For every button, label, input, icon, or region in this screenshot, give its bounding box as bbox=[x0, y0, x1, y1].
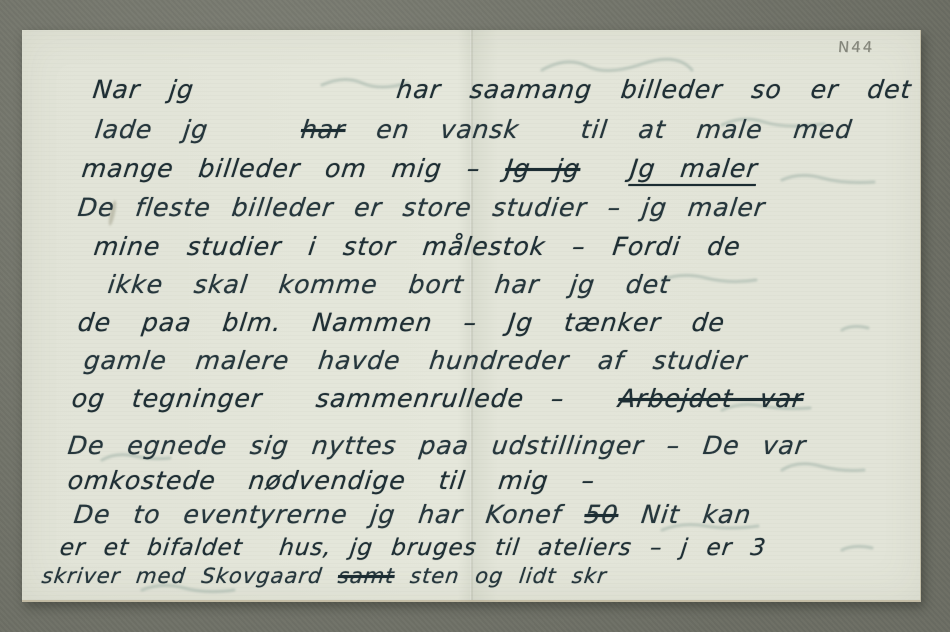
manuscript-segment bbox=[579, 154, 632, 183]
manuscript-line: De fleste billeder er store studier – jg… bbox=[76, 193, 767, 222]
manuscript-segment: en vansk til at male med bbox=[344, 115, 854, 144]
manuscript-segment: skriver med Skovgaard bbox=[41, 564, 340, 588]
manuscript-line: Nar jg har saamang billeder so er det bbox=[91, 75, 913, 104]
manuscript-line: mine studier i stor målestok – Fordi de bbox=[92, 232, 742, 261]
manuscript-segment: er et bifaldet hus, jg bruges til atelie… bbox=[58, 535, 767, 561]
manuscript-segment-strike: 50 bbox=[583, 500, 620, 529]
manuscript-segment-strike: har bbox=[299, 115, 347, 144]
manuscript-line: De to eventyrerne jg har Konef 50 Nit ka… bbox=[72, 500, 753, 529]
manuscript-segment-strike: Arbejdet var bbox=[617, 384, 806, 413]
manuscript-line: de paa blm. Nammen – Jg tænker de bbox=[76, 308, 727, 337]
manuscript-segment-strike: samt bbox=[337, 564, 396, 588]
manuscript-line: mange billeder om mig – Jg jg Jg maler bbox=[80, 154, 759, 183]
manuscript-segment: De to eventyrerne jg har Konef bbox=[72, 500, 586, 529]
manuscript-line: er et bifaldet hus, jg bruges til atelie… bbox=[58, 535, 767, 561]
manuscript-segment: Nit kan bbox=[617, 500, 754, 529]
handwriting-layer: Nar jg har saamang billeder so er detlad… bbox=[22, 30, 920, 600]
manuscript-line: De egnede sig nyttes paa udstillinger – … bbox=[66, 431, 808, 460]
manuscript-line: omkostede nødvendige til mig – bbox=[66, 466, 597, 495]
manuscript-segment: de paa blm. Nammen – Jg tænker de bbox=[76, 308, 727, 337]
manuscript-segment: Nar jg har saamang billeder so er det bbox=[91, 75, 913, 104]
manuscript-segment: og tegninger sammenrullede – bbox=[70, 384, 620, 413]
manuscript-paper: N44 Nar jg har saamang billeder so er de… bbox=[22, 30, 921, 602]
manuscript-line: gamle malere havde hundreder af studier bbox=[82, 346, 749, 375]
manuscript-segment: omkostede nødvendige til mig – bbox=[66, 466, 597, 495]
manuscript-segment-strike: Jg jg bbox=[504, 154, 583, 183]
manuscript-segment: gamle malere havde hundreder af studier bbox=[82, 346, 749, 375]
manuscript-segment: mine studier i stor målestok – Fordi de bbox=[92, 232, 742, 261]
manuscript-segment: lade jg bbox=[93, 115, 303, 144]
manuscript-segment: De egnede sig nyttes paa udstillinger – … bbox=[66, 431, 808, 460]
manuscript-segment: De fleste billeder er store studier – jg… bbox=[76, 193, 767, 222]
manuscript-line: ikke skal komme bort har jg det bbox=[106, 270, 672, 299]
manuscript-segment: ikke skal komme bort har jg det bbox=[106, 270, 672, 299]
manuscript-line: skriver med Skovgaard samt sten og lidt … bbox=[41, 564, 609, 588]
manuscript-line: og tegninger sammenrullede – Arbejdet va… bbox=[70, 384, 805, 413]
manuscript-segment: mange billeder om mig – bbox=[80, 154, 507, 183]
manuscript-segment: sten og lidt skr bbox=[393, 564, 608, 588]
manuscript-line: lade jg har en vansk til at male med bbox=[93, 115, 854, 144]
manuscript-segment-under: Jg maler bbox=[629, 154, 760, 183]
photo-backdrop: { "photo": { "backdrop_color": "#75776c"… bbox=[0, 0, 950, 632]
